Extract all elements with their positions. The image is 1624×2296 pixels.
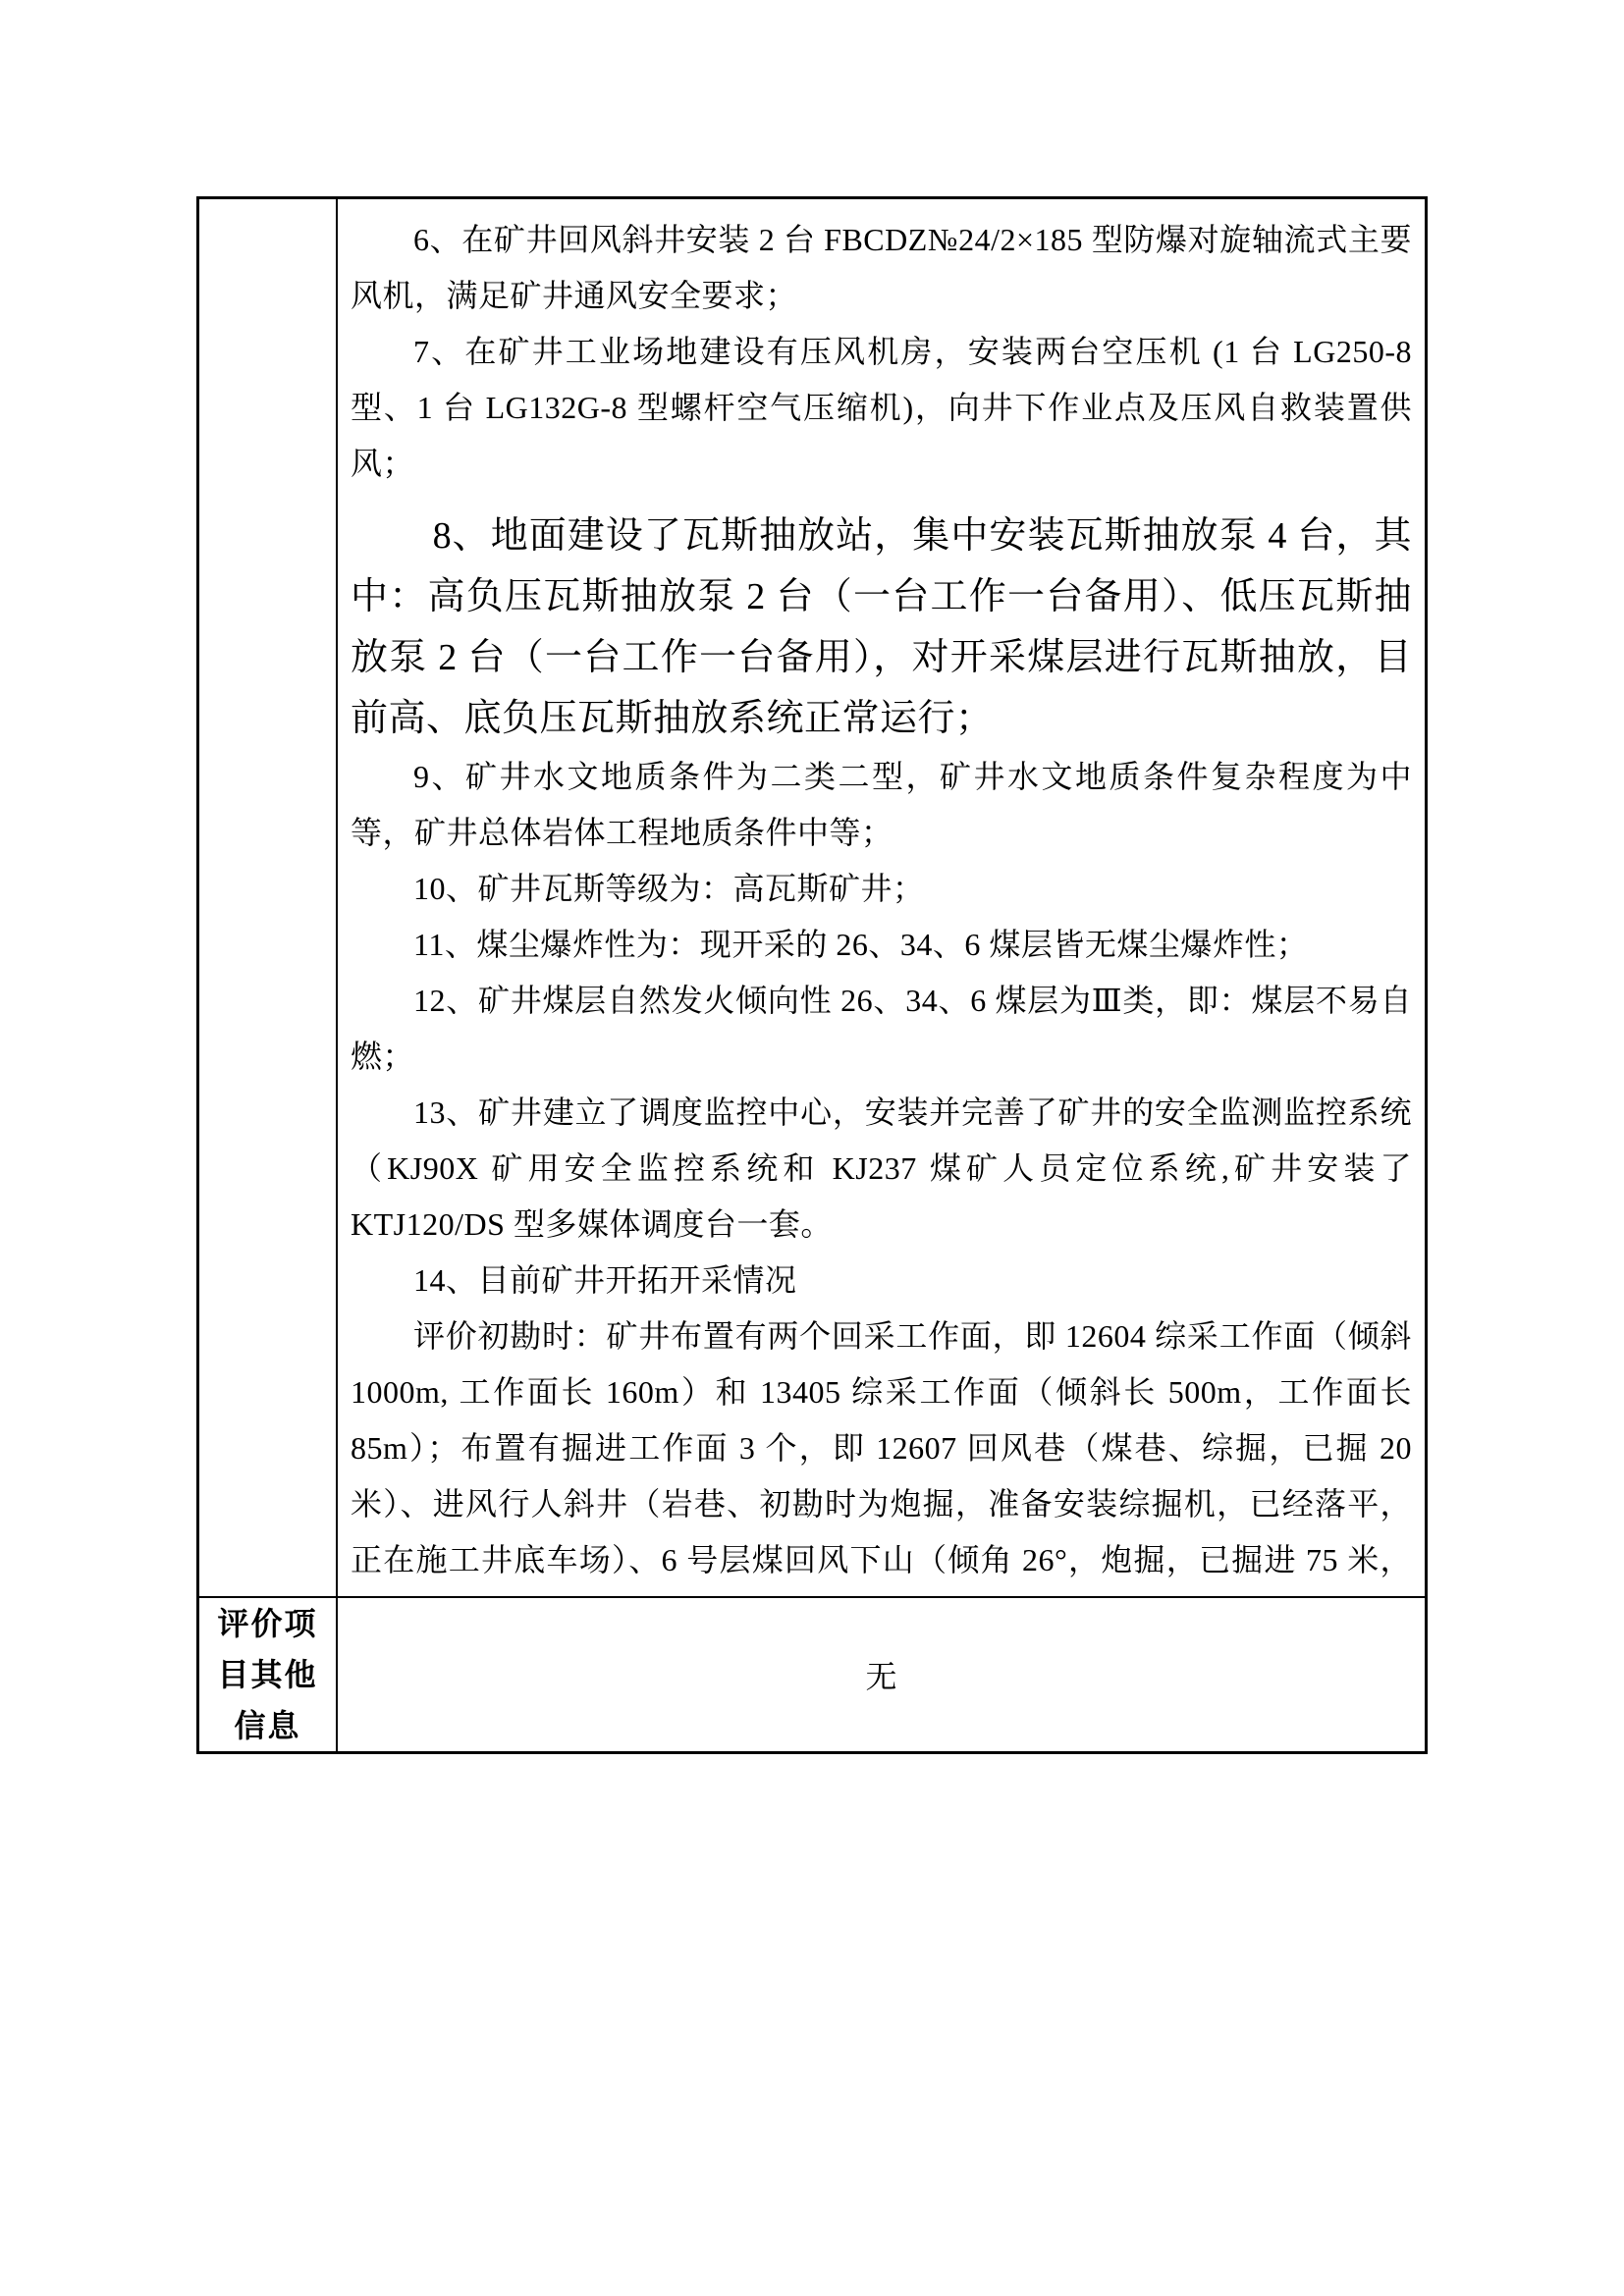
paragraph-item-13: 13、矿井建立了调度监控中心，安装并完善了矿井的安全监测监控系统（KJ90X 矿… — [351, 1085, 1412, 1253]
paragraph-item-11: 11、煤尘爆炸性为：现开采的 26、34、6 煤层皆无煤尘爆炸性； — [351, 917, 1412, 973]
paragraph-mining-status: 评价初勘时：矿井布置有两个回采工作面，即 12604 综采工作面（倾斜 1000… — [351, 1308, 1412, 1598]
paragraph-item-12: 12、矿井煤层自然发火倾向性 26、34、6 煤层为Ⅲ类，即：煤层不易自燃； — [351, 973, 1412, 1085]
paragraph-item-6: 6、在矿井回风斜井安装 2 台 FBCDZ№24/2×185 型防爆对旋轴流式主… — [351, 212, 1412, 324]
footer-value-text: 无 — [865, 1652, 896, 1697]
info-table: 6、在矿井回风斜井安装 2 台 FBCDZ№24/2×185 型防爆对旋轴流式主… — [196, 196, 1428, 1754]
footer-label-line-2: 目其他 — [217, 1649, 317, 1700]
footer-row-value-cell: 无 — [338, 1598, 1425, 1751]
paragraph-item-8: 8、地面建设了瓦斯抽放站，集中安装瓦斯抽放泵 4 台，其中：高负压瓦斯抽放泵 2… — [351, 506, 1412, 749]
paragraph-item-10: 10、矿井瓦斯等级为：高瓦斯矿井； — [351, 861, 1412, 917]
main-row-side-cell — [199, 199, 338, 1598]
footer-row-label-cell: 评价项 目其他 信息 — [199, 1598, 338, 1751]
footer-label-line-3: 信息 — [234, 1700, 300, 1751]
paragraph-item-9: 9、矿井水文地质条件为二类二型，矿井水文地质条件复杂程度为中等，矿井总体岩体工程… — [351, 749, 1412, 861]
footer-label-line-1: 评价项 — [217, 1598, 317, 1649]
document-page: 6、在矿井回风斜井安装 2 台 FBCDZ№24/2×185 型防爆对旋轴流式主… — [0, 0, 1624, 2296]
paragraph-item-7: 7、在矿井工业场地建设有压风机房，安装两台空压机 (1 台 LG250-8 型、… — [351, 324, 1412, 492]
paragraph-item-14: 14、目前矿井开拓开采情况 — [351, 1253, 1412, 1308]
main-row-content-cell: 6、在矿井回风斜井安装 2 台 FBCDZ№24/2×185 型防爆对旋轴流式主… — [338, 199, 1425, 1598]
